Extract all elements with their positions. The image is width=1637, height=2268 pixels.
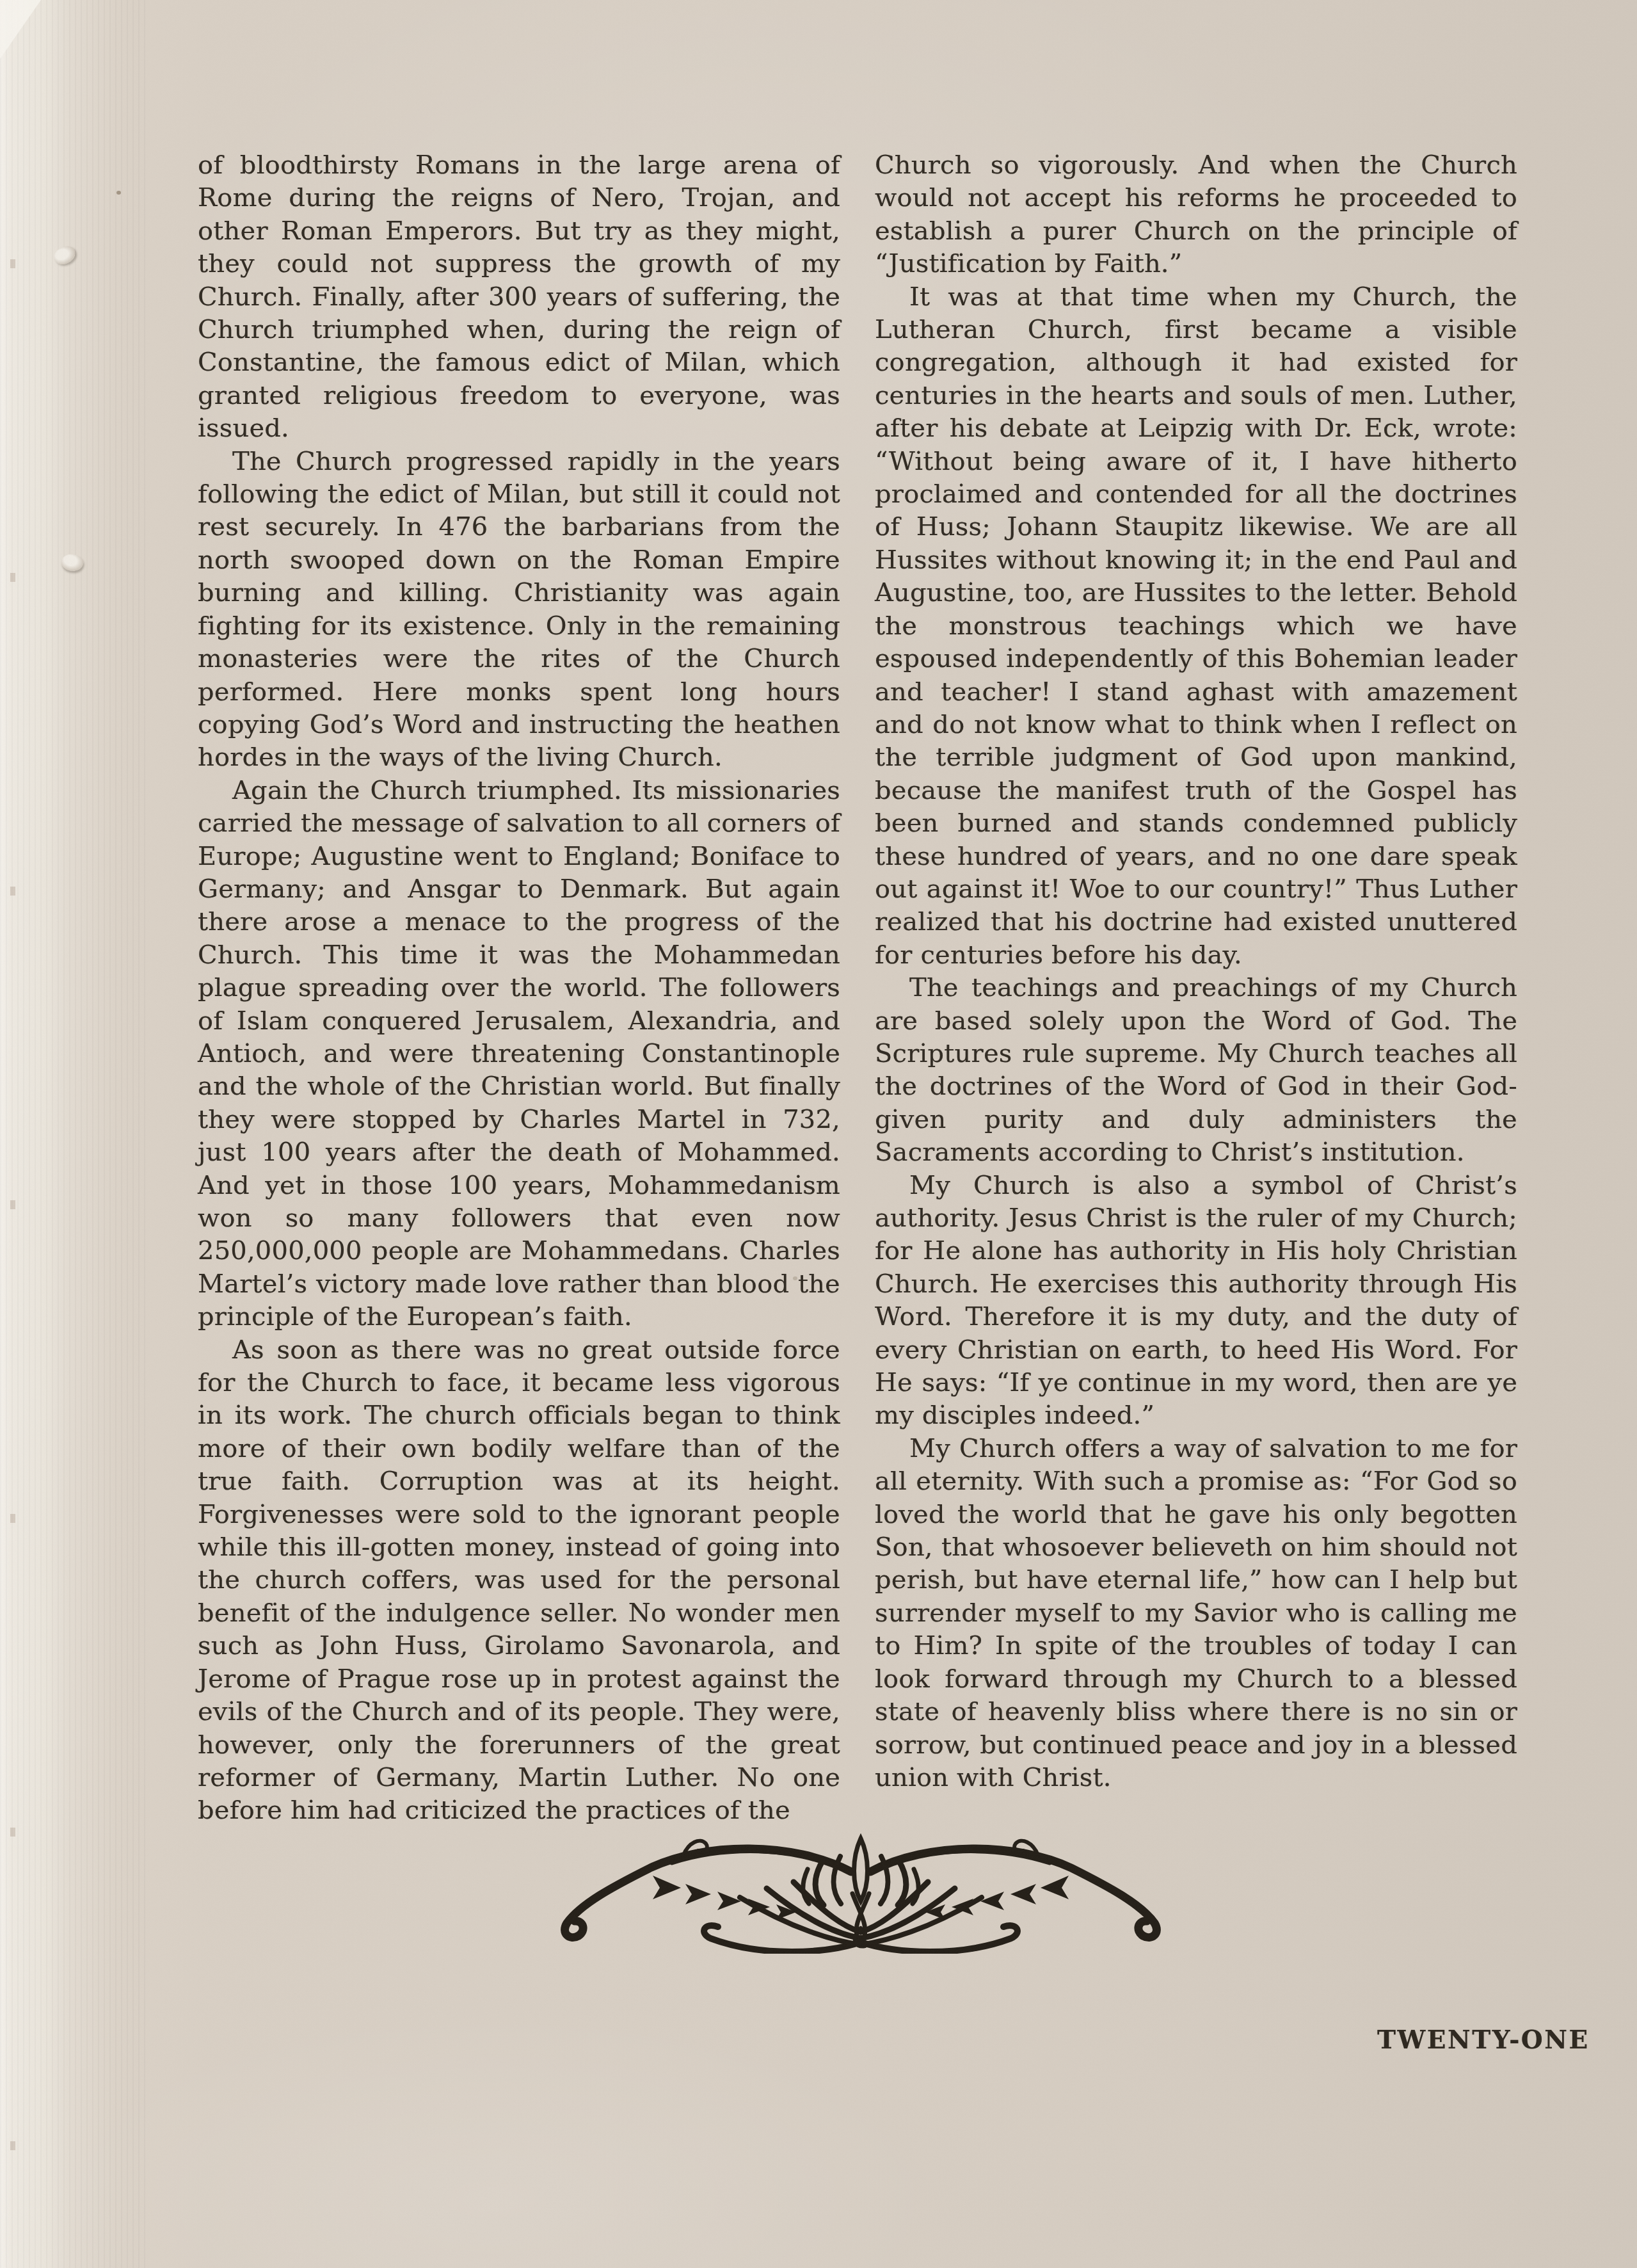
paragraph: As soon as there was no great outside fo… <box>198 1334 840 1828</box>
paragraph: Again the Church triumphed. Its missiona… <box>198 775 840 1334</box>
paragraph: My Church is also a symbol of Christ’s a… <box>875 1170 1517 1433</box>
page-number: TWENTY-ONE <box>1377 2025 1590 2055</box>
paper-speck <box>116 191 121 195</box>
right-text-column: Church so vigorously. And when the Churc… <box>875 149 1517 1794</box>
left-text-column: of bloodthirsty Romans in the large aren… <box>198 149 840 1828</box>
binding-staple-mark <box>60 552 84 573</box>
paragraph: It was at that time when my Church, the … <box>875 281 1517 972</box>
paragraph: of bloodthirsty Romans in the large aren… <box>198 149 840 446</box>
binding-staple-mark <box>52 244 77 266</box>
page-corner-edge <box>0 0 41 59</box>
paragraph: The teachings and preachings of my Churc… <box>875 972 1517 1169</box>
paragraph: My Church offers a way of salvation to m… <box>875 1433 1517 1794</box>
paragraph: The Church progressed rapidly in the yea… <box>198 446 840 775</box>
scanned-book-page: of bloodthirsty Romans in the large aren… <box>0 0 1637 2268</box>
flourish-divider-icon <box>493 1832 1229 1954</box>
paragraph: Church so vigorously. And when the Churc… <box>875 149 1517 281</box>
